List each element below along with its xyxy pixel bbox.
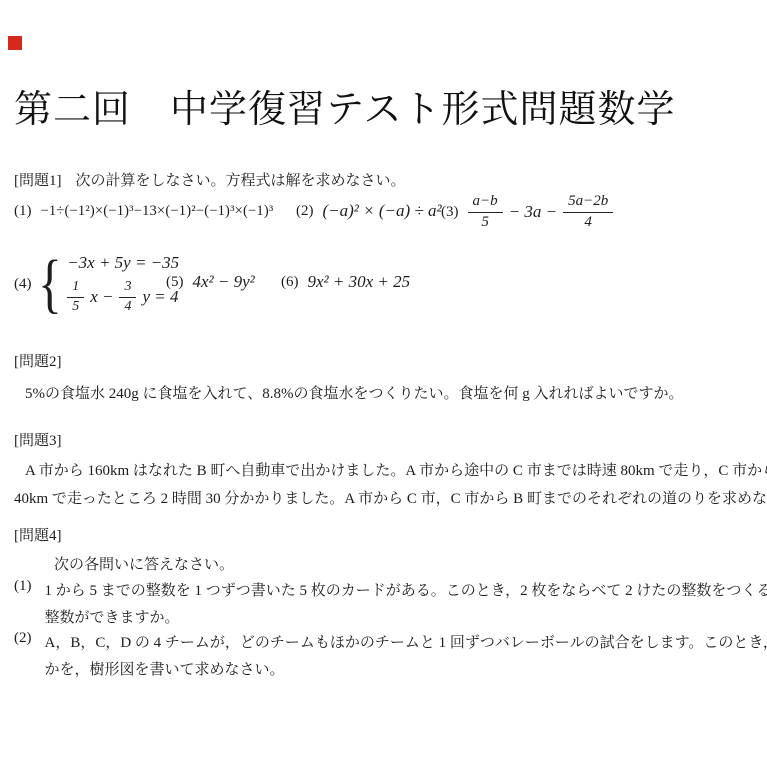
q2-expression: (−a)² × (−a) ÷ a² bbox=[323, 201, 442, 221]
q4-eq2-middle: x − bbox=[90, 287, 113, 307]
q3-fraction-1: a−b 5 bbox=[468, 193, 503, 231]
equation-q5: (5) 4x² − 9y² bbox=[166, 272, 255, 292]
equation-q3: (3) a−b 5 − 3a − 5a−2b 4 bbox=[441, 189, 613, 235]
problem3-text: A 市から 160km はなれた B 町へ自動車で出かけました。A 市から途中の… bbox=[14, 457, 767, 513]
test-document-page: 第二回 中学復習テスト形式問題数学 [問題1]次の計算をしなさい。方程式は解を求… bbox=[0, 0, 767, 767]
q3-frac1-numerator: a−b bbox=[468, 193, 503, 212]
q3-frac2-numerator: 5a−2b bbox=[563, 193, 613, 212]
q2-label: (2) bbox=[296, 203, 314, 220]
q4-label: (4) bbox=[14, 276, 32, 293]
q6-label: (6) bbox=[281, 274, 299, 291]
problem3-line1: A 市から 160km はなれた B 町へ自動車で出かけました。A 市から途中の… bbox=[14, 457, 767, 485]
q4-frac2-numerator: 3 bbox=[119, 279, 136, 297]
q3-label: (3) bbox=[441, 204, 459, 221]
q3-frac1-denominator: 5 bbox=[476, 213, 494, 231]
problem4-heading: [問題4] bbox=[14, 524, 62, 545]
item1-label: (1) bbox=[14, 578, 32, 595]
problem1-heading-line: [問題1]次の計算をしなさい。方程式は解を求めなさい。 bbox=[14, 169, 406, 190]
equation-q4: (4) { −3x + 5y = −35 1 5 x − 3 4 y = 4 bbox=[14, 247, 185, 321]
q4-fraction-2: 3 4 bbox=[119, 279, 136, 314]
problem4-item1: (1) 1 から 5 までの整数を 1 つずつ書いた 5 枚のカードがある。この… bbox=[14, 578, 767, 632]
item2-text: A，B，C，D の 4 チームが，どのチームもほかのチームと 1 回ずつバレーボ… bbox=[45, 630, 767, 684]
q3-frac2-denominator: 4 bbox=[579, 213, 597, 231]
q6-expression: 9x² + 30x + 25 bbox=[308, 272, 411, 292]
problem3-line2: 40km で走ったところ 2 時間 30 分かかりました。A 市から C 市，C… bbox=[14, 485, 767, 513]
problem3-heading: [問題3] bbox=[14, 429, 62, 450]
q5-label: (5) bbox=[166, 274, 184, 291]
item1-text: 1 から 5 までの整数を 1 つずつ書いた 5 枚のカードがある。このとき，2… bbox=[45, 578, 767, 632]
equation-q2: (2) (−a)² × (−a) ÷ a² bbox=[296, 201, 442, 221]
q4-frac1-denominator: 5 bbox=[67, 298, 84, 315]
page-title: 第二回 中学復習テスト形式問題数学 bbox=[14, 78, 675, 133]
problem1-instruction: 次の計算をしなさい。方程式は解を求めなさい。 bbox=[76, 173, 406, 189]
item1-line1: 1 から 5 までの整数を 1 つずつ書いた 5 枚のカードがある。このとき，2… bbox=[45, 578, 767, 605]
problem4-item2: (2) A，B，C，D の 4 チームが，どのチームもほかのチームと 1 回ずつ… bbox=[14, 630, 767, 684]
red-corner-marker bbox=[8, 36, 22, 50]
q3-middle-terms: − 3a − bbox=[509, 202, 557, 222]
q4-equation-1: −3x + 5y = −35 bbox=[67, 253, 184, 273]
q4-frac1-numerator: 1 bbox=[67, 279, 84, 297]
equation-q1: (1) −1÷(−1²)×(−1)³−13×(−1)²−(−1)³×(−1)³ bbox=[14, 203, 273, 220]
item2-label: (2) bbox=[14, 630, 32, 647]
problem2-text: 5%の食塩水 240g に食塩を入れて、8.8%の食塩水をつくりたい。食塩を何 … bbox=[14, 380, 683, 408]
item2-line1: A，B，C，D の 4 チームが，どのチームもほかのチームと 1 回ずつバレーボ… bbox=[45, 630, 767, 657]
item1-line2: 整数ができますか。 bbox=[45, 605, 767, 632]
problem2-heading: [問題2] bbox=[14, 350, 62, 371]
q1-expression: −1÷(−1²)×(−1)³−13×(−1)²−(−1)³×(−1)³ bbox=[41, 203, 274, 220]
q5-expression: 4x² − 9y² bbox=[193, 272, 255, 292]
problem1-heading: [問題1] bbox=[14, 173, 62, 189]
q4-frac2-denominator: 4 bbox=[119, 298, 136, 315]
equation-q6: (6) 9x² + 30x + 25 bbox=[281, 272, 410, 292]
q3-fraction-2: 5a−2b 4 bbox=[563, 193, 613, 231]
system-brace: { bbox=[37, 254, 61, 313]
q1-label: (1) bbox=[14, 203, 32, 220]
problem4-intro: 次の各問いに答えなさい。 bbox=[54, 551, 234, 579]
item2-line2: かを，樹形図を書いて求めなさい。 bbox=[45, 657, 767, 684]
q4-fraction-1: 1 5 bbox=[67, 279, 84, 314]
